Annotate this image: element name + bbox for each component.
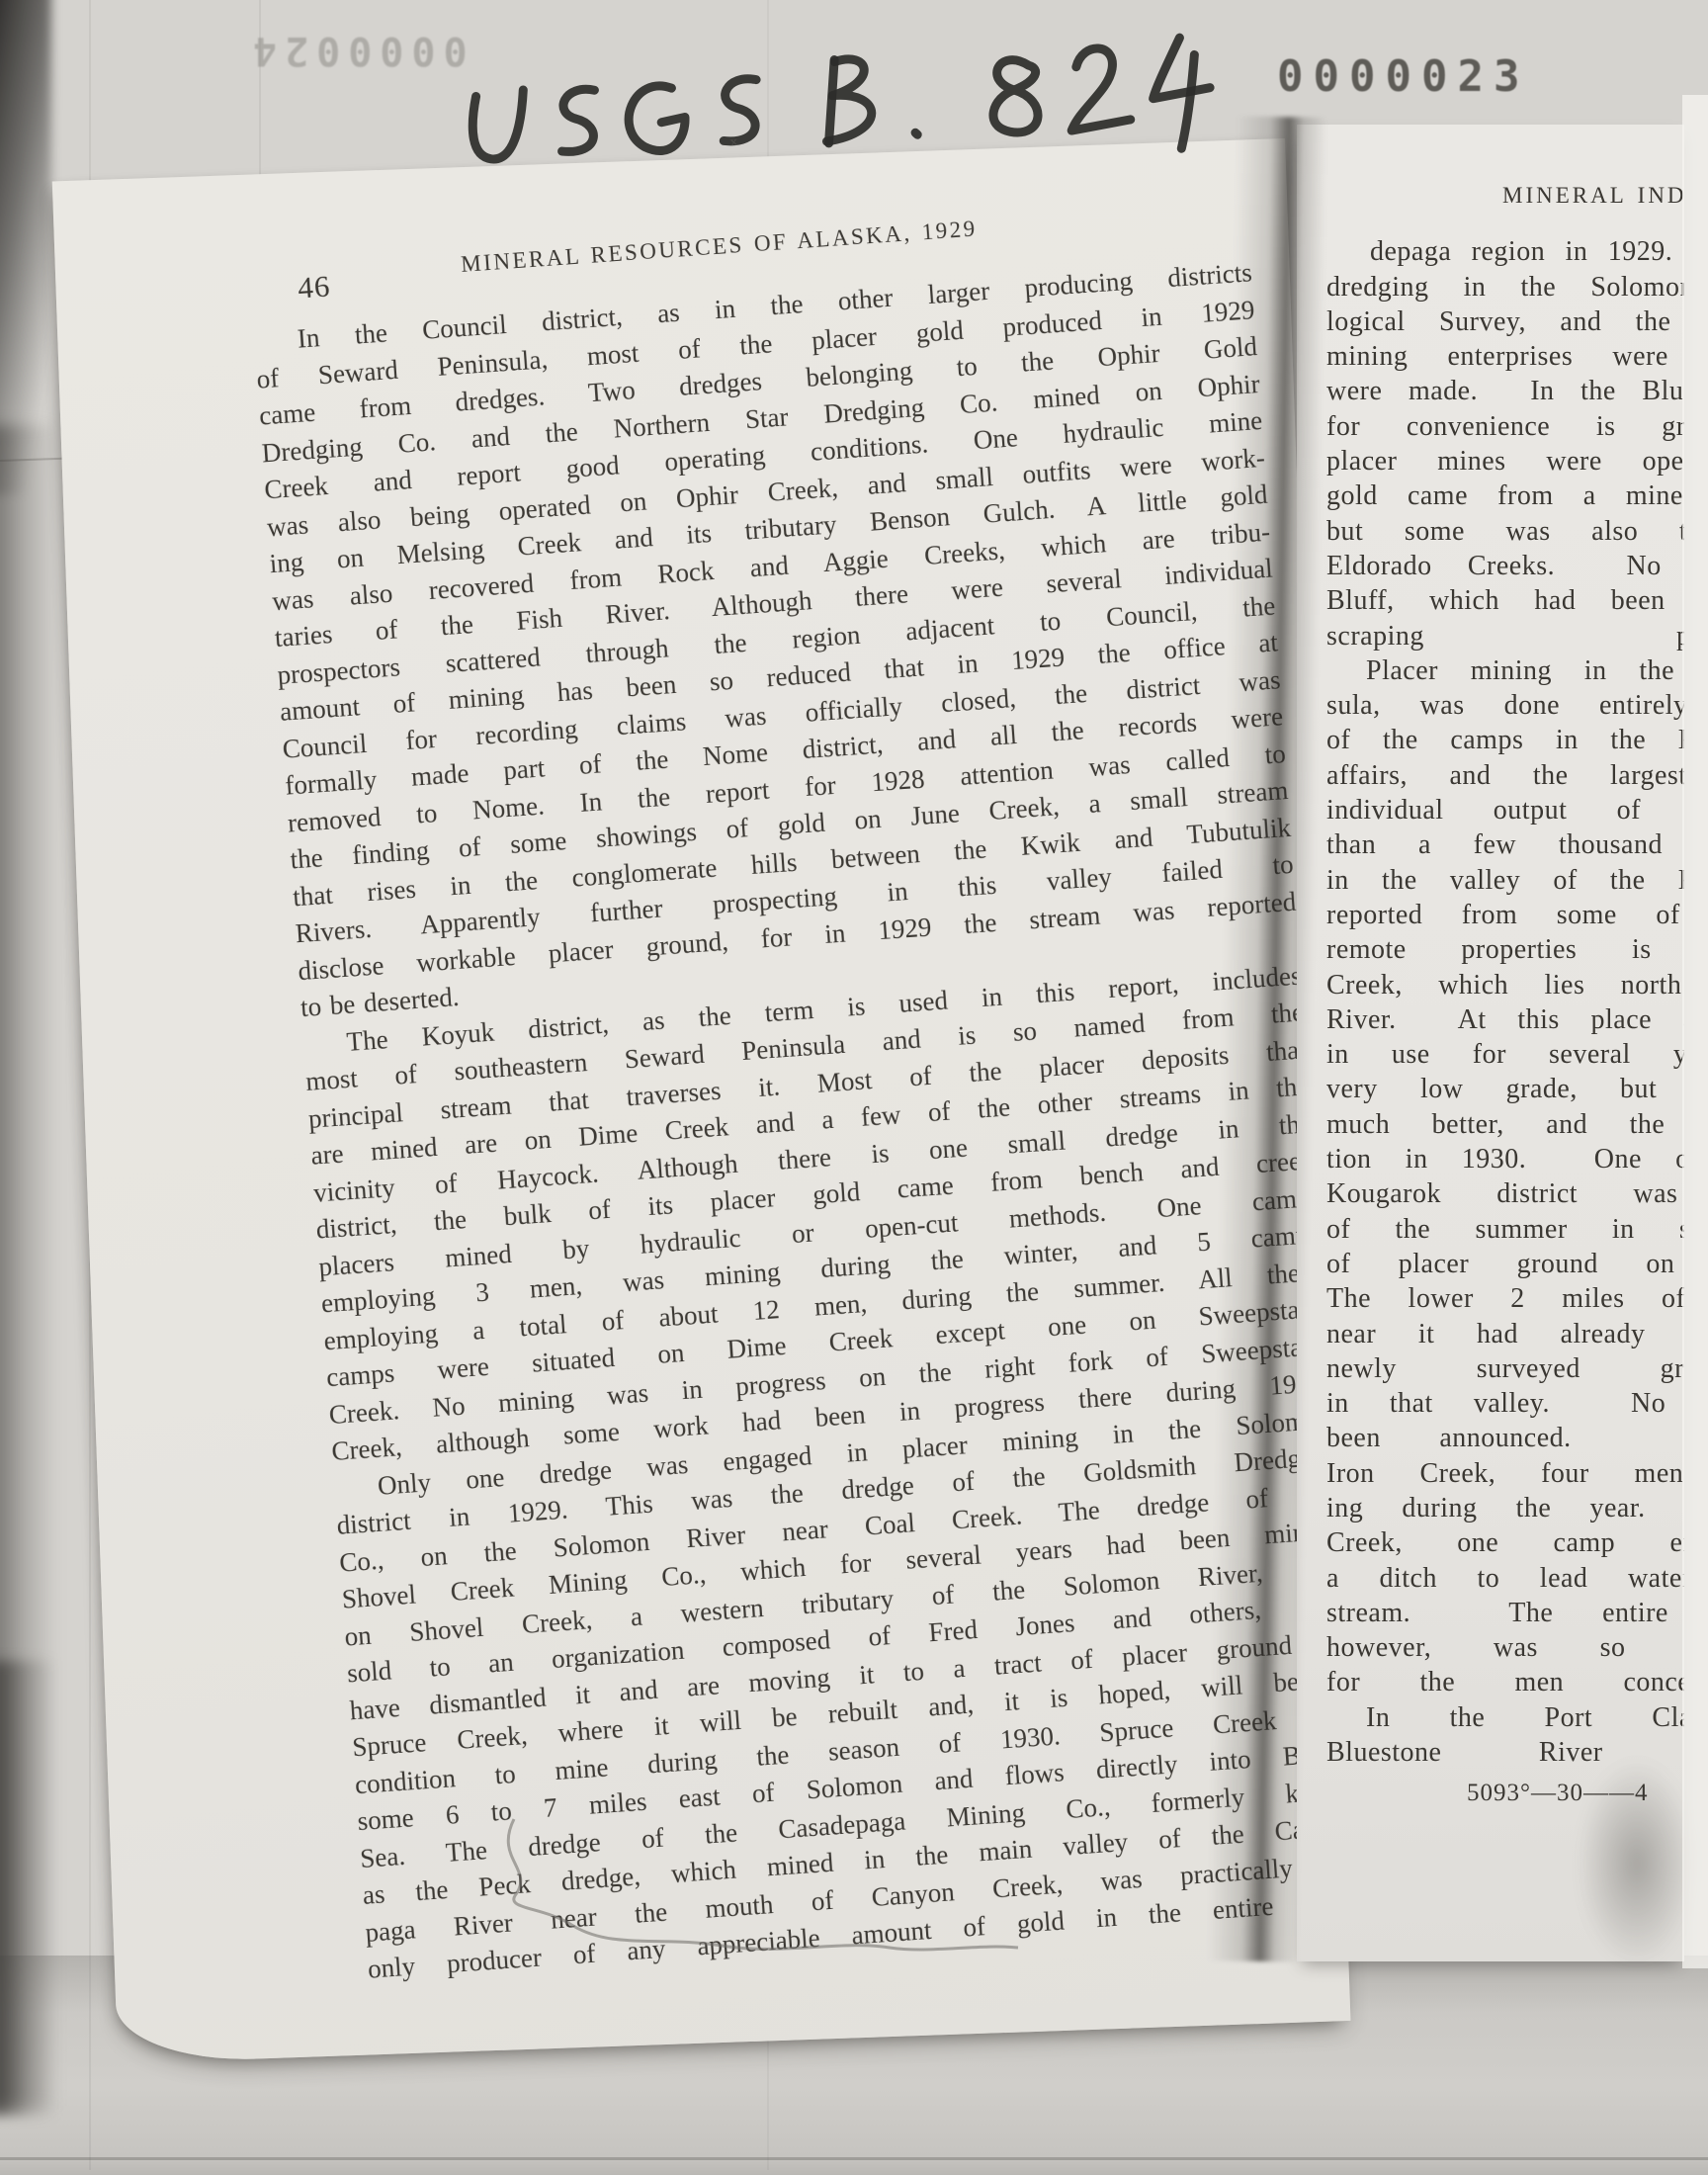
text-line: scraping plant. xyxy=(1326,619,1684,653)
text-line: but some was also taken xyxy=(1326,514,1684,549)
text-line: for convenience is groupe xyxy=(1326,409,1684,444)
scan-artifact xyxy=(0,2157,1708,2160)
text-line: for the men concerned xyxy=(1326,1665,1684,1699)
stamp-number: 0000023 xyxy=(1277,51,1529,102)
scan-edge-smudge xyxy=(0,1661,55,2116)
text-line: Kougarok district was t xyxy=(1326,1176,1684,1211)
text-line: tion in 1930. One of t xyxy=(1326,1142,1684,1176)
text-line: reported from some of th xyxy=(1326,898,1684,932)
scan-dark-corner xyxy=(0,0,51,494)
paragraph-placer-mining: Placer mining in the Kosula, was done en… xyxy=(1326,653,1684,1700)
text-line: sula, was done entirely b xyxy=(1326,688,1684,723)
text-line: mining enterprises were act xyxy=(1326,339,1684,374)
scanned-document-page: 46 MINERAL RESOURCES OF ALASKA, 1929 In … xyxy=(0,0,1708,2175)
text-line: in the valley of the Koug xyxy=(1326,863,1684,898)
text-line: individual output of gold xyxy=(1326,793,1684,827)
text-line: ing during the year. C xyxy=(1326,1491,1684,1525)
text-line: near it had already been xyxy=(1326,1317,1684,1351)
text-line: Placer mining in the Ko xyxy=(1326,653,1684,688)
text-line: in use for several years. xyxy=(1326,1037,1684,1072)
text-line: much better, and the ow xyxy=(1326,1107,1684,1142)
text-line: than a few thousand dol xyxy=(1326,827,1684,862)
running-head-right: MINERAL INDU xyxy=(1502,178,1684,213)
text-line: in that valley. No pla xyxy=(1326,1386,1684,1421)
text-line: Eldorado Creeks. No wor xyxy=(1326,549,1684,583)
text-line: placer mines were operated xyxy=(1326,444,1684,478)
right-page-content: MINERAL INDU depaga region in 1929. Fedr… xyxy=(1326,178,1684,1811)
text-line: In the Port Clarenc xyxy=(1326,1700,1684,1735)
text-line: dredging in the Solomon c xyxy=(1326,270,1684,304)
text-line: of the camps in the Koug xyxy=(1326,723,1684,757)
text-line: been announced. Sout xyxy=(1326,1421,1684,1455)
text-line: Creek, one camp emplo xyxy=(1326,1525,1684,1560)
text-line: very low grade, but just xyxy=(1326,1072,1684,1106)
text-line: of the summer in surve xyxy=(1326,1212,1684,1247)
right-page: MINERAL INDU depaga region in 1929. Fedr… xyxy=(1297,125,1684,1961)
text-line: remote properties is tha xyxy=(1326,932,1684,967)
text-line: of placer ground on C xyxy=(1326,1247,1684,1281)
scan-smudge xyxy=(1578,1760,1696,1967)
text-line: The lower 2 miles of C xyxy=(1326,1281,1684,1316)
left-page-content: 46 MINERAL RESOURCES OF ALASKA, 1929 In … xyxy=(248,191,1367,1988)
text-line: a ditch to lead water f xyxy=(1326,1561,1684,1596)
left-page: 46 MINERAL RESOURCES OF ALASKA, 1929 In … xyxy=(52,138,1351,2063)
text-line: however, was so smal xyxy=(1326,1630,1684,1665)
text-line: logical Survey, and the ver xyxy=(1326,304,1684,339)
text-line: gold came from a mine on xyxy=(1326,478,1684,513)
text-line: were made. In the Bluff a xyxy=(1326,374,1684,408)
text-line: depaga region in 1929. Fe xyxy=(1326,234,1684,269)
stamp-number-mirrored: 0000024 xyxy=(245,28,468,73)
text-line: Bluff, which had been equ xyxy=(1326,583,1684,618)
paragraph-council-district: In the Council district, as in the other… xyxy=(253,254,1298,990)
text-line: River. At this place a u xyxy=(1326,1002,1684,1037)
text-line: stream. The entire pr xyxy=(1326,1596,1684,1630)
photo-edge-strip xyxy=(1682,95,1708,1968)
text-line: Creek, which lies north of xyxy=(1326,968,1684,1002)
text-line: newly surveyed ground xyxy=(1326,1351,1684,1386)
text-line: Iron Creek, four men a xyxy=(1326,1456,1684,1491)
pencil-squiggle xyxy=(425,1799,1038,1977)
text-line: affairs, and the largest e xyxy=(1326,758,1684,793)
paragraph-koyuk-district: The Koyuk district, as the term is used … xyxy=(301,957,1330,1470)
paragraph-casadepaga-continued: depaga region in 1929. Fedredging in the… xyxy=(1326,234,1684,653)
